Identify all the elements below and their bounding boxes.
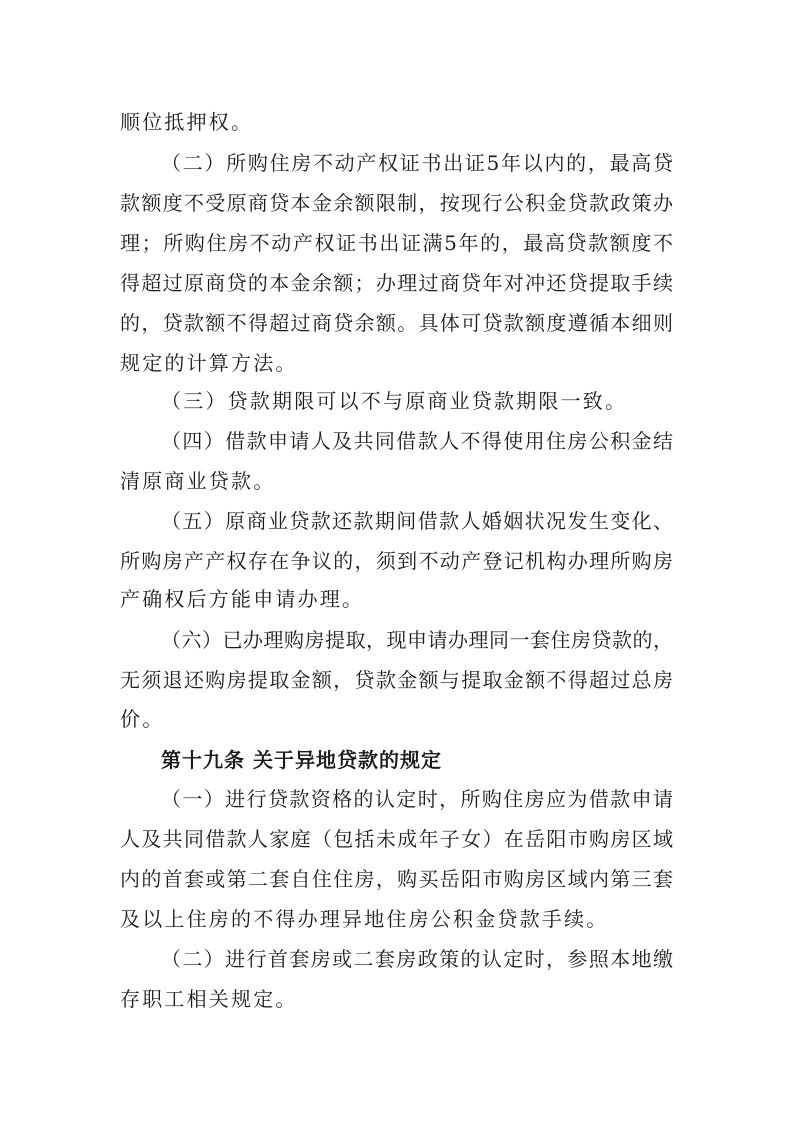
text-line: （四）借款申请人及共同借款人不得使用住房公积金结 [161, 426, 673, 456]
text-line: 所购房产产权存在争议的，须到不动产登记机构办理所购房 [120, 546, 673, 576]
text-line: 及以上住房的不得办理异地住房公积金贷款手续。 [120, 904, 608, 934]
text-line: 存职工相关规定。 [120, 984, 298, 1014]
text-line: 内的首套或第二套自住住房，购买岳阳市购房区域内第三套 [120, 864, 673, 894]
text-line: （三）贷款期限可以不与原商业贷款期限一致。 [161, 386, 627, 416]
text-line: 理；所购住房不动产权证书出证满5年的，最高贷款额度不 [120, 228, 673, 258]
text-line: （六）已办理购房提取，现申请办理同一套住房贷款的， [161, 625, 673, 655]
text-line: （二）所购住房不动产权证书出证5年以内的，最高贷 [161, 148, 673, 178]
text-line: 的，贷款额不得超过商贷余额。具体可贷款额度遵循本细则 [120, 308, 673, 338]
text-line: （五）原商业贷款还款期间借款人婚姻状况发生变化、 [161, 506, 673, 536]
text-line: 得超过原商贷的本金余额；办理过商贷年对冲还贷提取手续 [120, 268, 673, 298]
text-line: （二）进行首套房或二套房政策的认定时，参照本地缴 [161, 944, 673, 974]
text-line: 规定的计算方法。 [120, 348, 298, 378]
section-heading: 第十九条 关于异地贷款的规定 [161, 745, 442, 775]
text-line: 清原商业贷款。 [120, 466, 275, 496]
text-line: 人及共同借款人家庭（包括未成年子女）在岳阳市购房区域 [120, 824, 673, 854]
text-line: 顺位抵押权。 [120, 107, 253, 137]
text-line: 无须退还购房提取金额，贷款金额与提取金额不得超过总房 [120, 665, 673, 695]
text-line: （一）进行贷款资格的认定时，所购住房应为借款申请 [161, 784, 673, 814]
text-line: 款额度不受原商贷本金余额限制，按现行公积金贷款政策办 [120, 188, 673, 218]
text-line: 价。 [120, 704, 164, 734]
text-line: 产确权后方能申请办理。 [120, 584, 364, 614]
document-page: 顺位抵押权。（二）所购住房不动产权证书出证5年以内的，最高贷款额度不受原商贷本金… [0, 0, 794, 1122]
